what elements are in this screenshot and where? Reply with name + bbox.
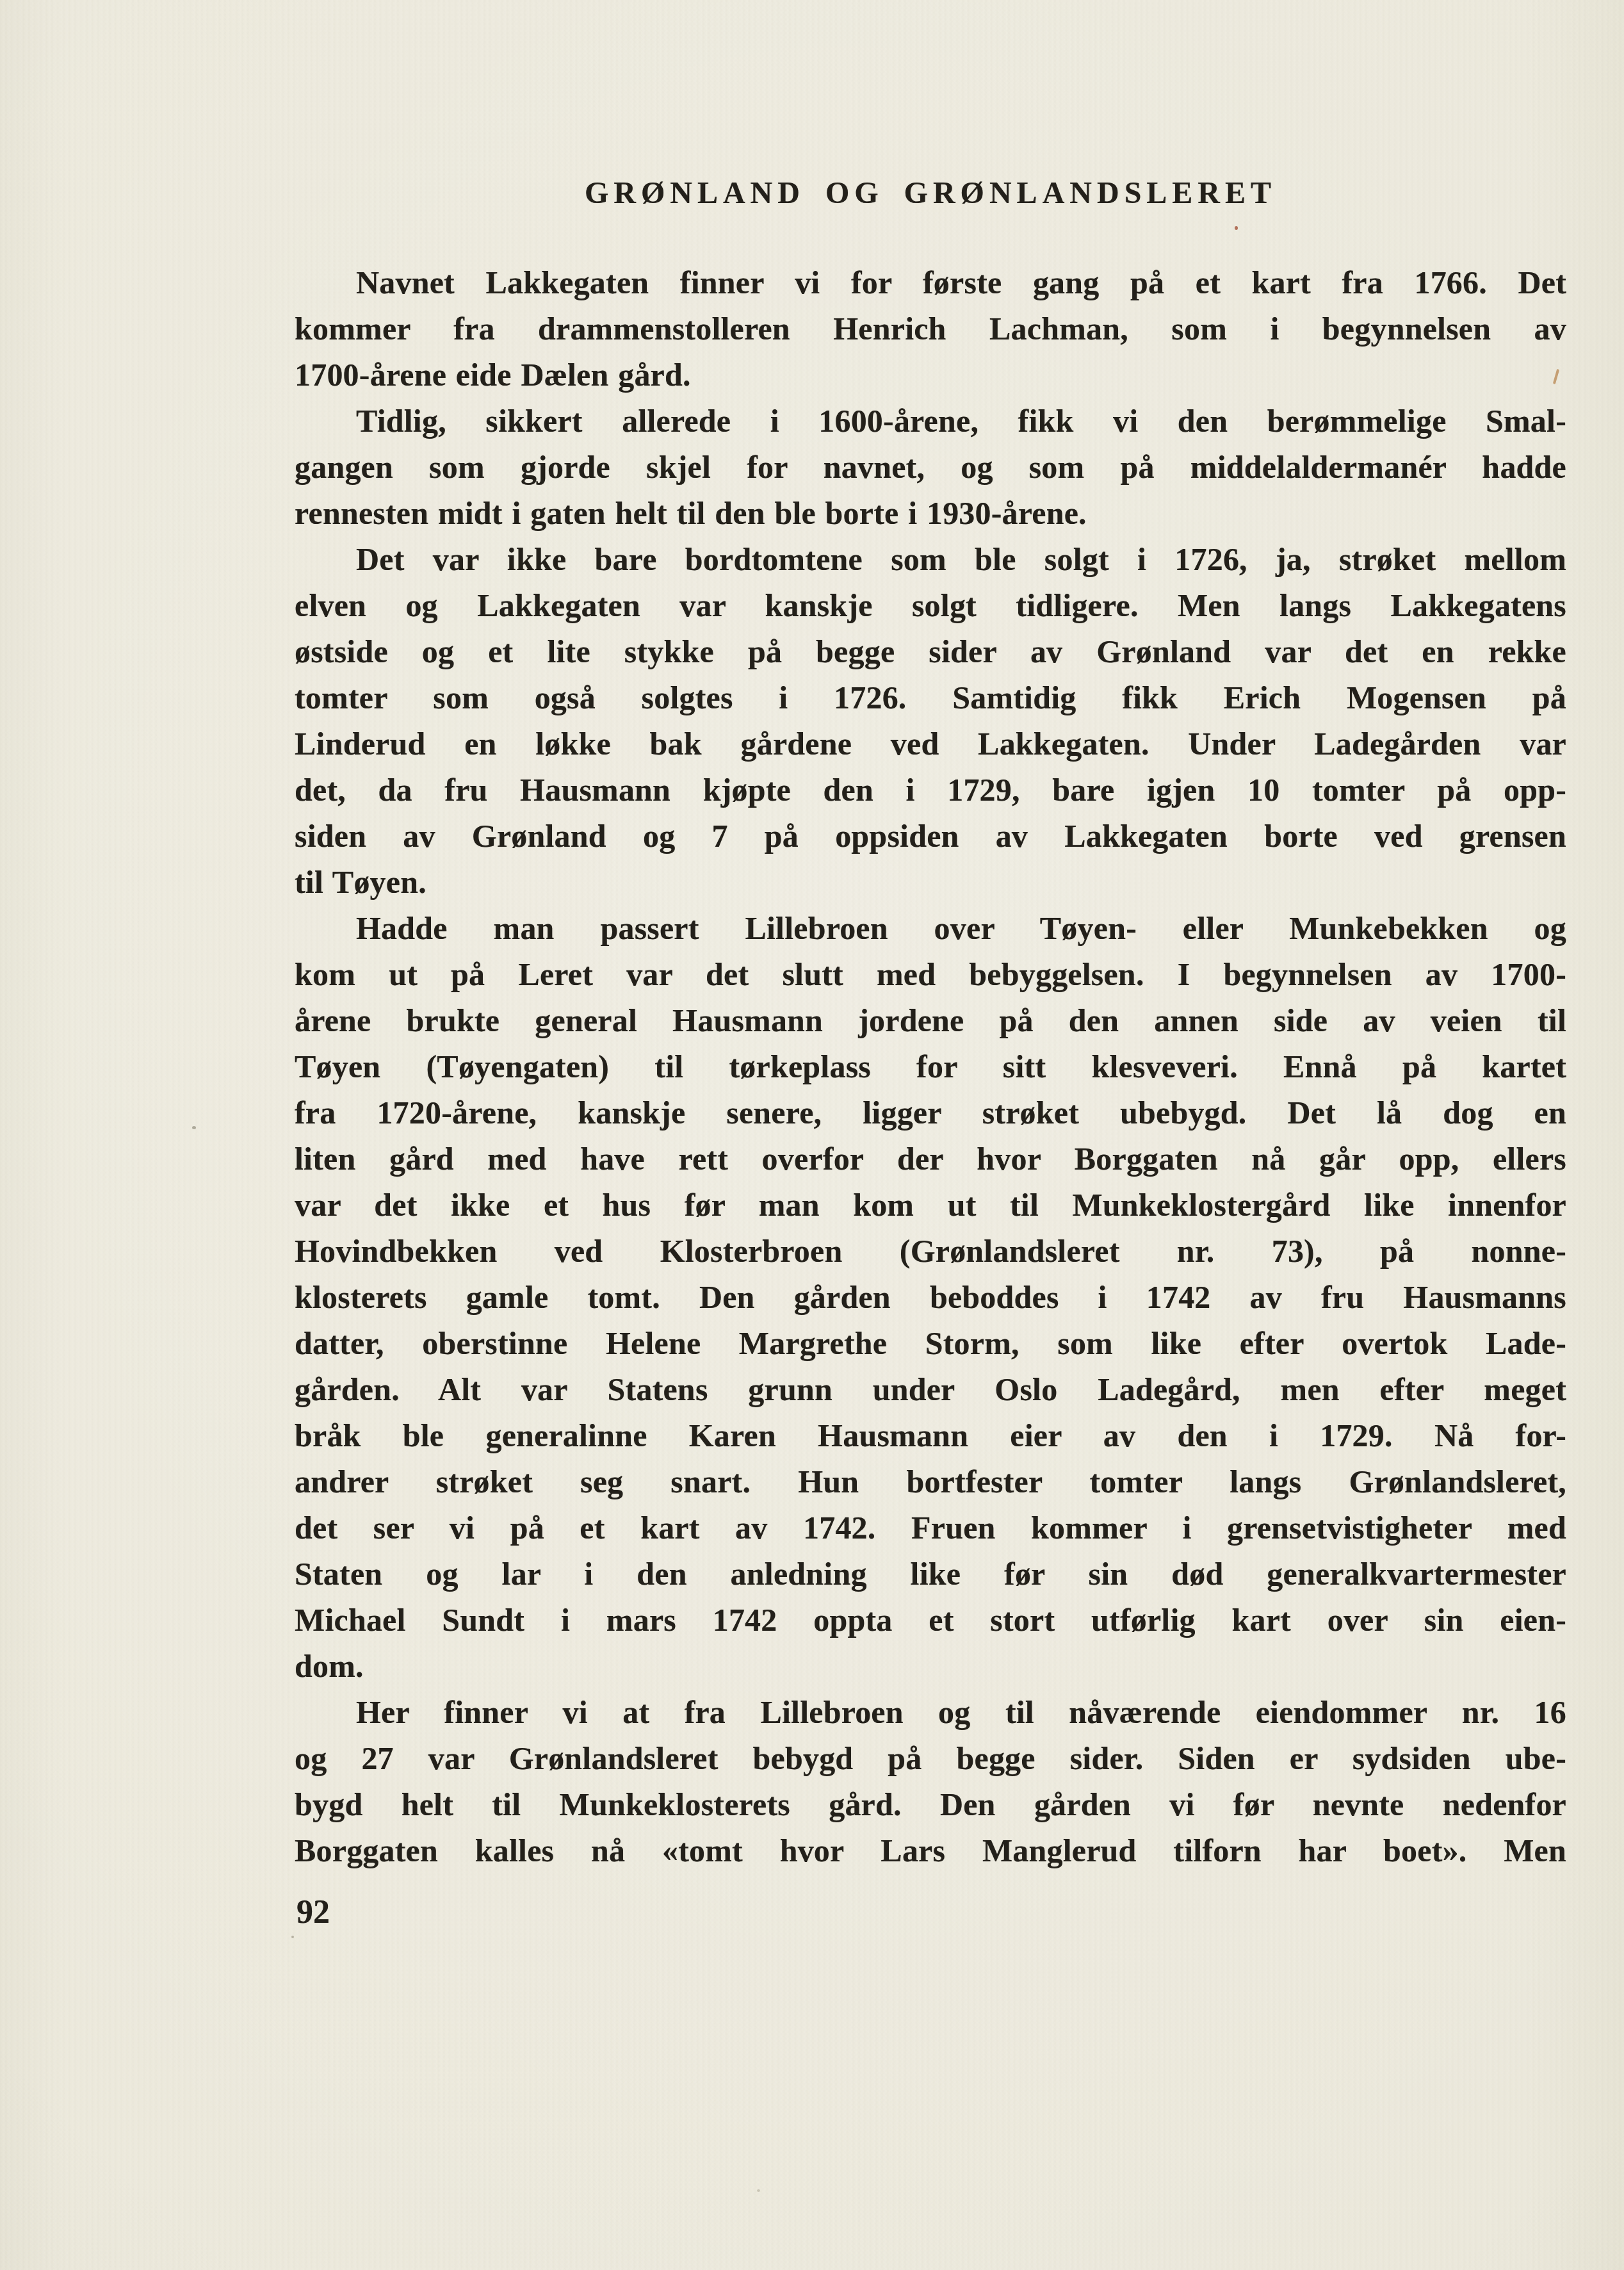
text-line: dom.	[295, 1643, 1566, 1689]
text-line: elven og Lakkegaten var kanskje solgt ti…	[295, 582, 1566, 628]
text-line: Tidlig, sikkert allerede i 1600-årene, f…	[295, 398, 1566, 444]
text-line: Hadde man passert Lillebroen over Tøyen-…	[295, 905, 1566, 951]
text-line: var det ikke et hus før man kom ut til M…	[295, 1182, 1566, 1228]
text-line: siden av Grønland og 7 på oppsiden av La…	[295, 813, 1566, 859]
running-title: GRØNLAND OG GRØNLANDSLERET	[295, 176, 1566, 211]
text-line: Linderud en løkke bak gårdene ved Lakkeg…	[295, 721, 1566, 767]
text-line: Tøyen (Tøyengaten) til tørkeplass for si…	[295, 1043, 1566, 1090]
text-line: liten gård med have rett overfor der hvo…	[295, 1136, 1566, 1182]
text-line: kommer fra drammenstolleren Henrich Lach…	[295, 306, 1566, 352]
text-line: fra 1720-årene, kanskje senere, ligger s…	[295, 1090, 1566, 1136]
text-line: til Tøyen.	[295, 859, 1566, 905]
text-line: Staten og lar i den anledning like før s…	[295, 1551, 1566, 1597]
text-line: Navnet Lakkegaten finner vi for første g…	[295, 259, 1566, 306]
body-text: Navnet Lakkegaten finner vi for første g…	[295, 259, 1566, 1874]
paper-speck	[1235, 226, 1238, 230]
text-line: rennesten midt i gaten helt til den ble …	[295, 490, 1566, 536]
text-line: tomter som også solgtes i 1726. Samtidig…	[295, 674, 1566, 721]
text-line: Michael Sundt i mars 1742 oppta et stort…	[295, 1597, 1566, 1643]
book-page-scan: GRØNLAND OG GRØNLANDSLERET Navnet Lakkeg…	[0, 0, 1624, 2270]
text-line: årene brukte general Hausmann jordene på…	[295, 997, 1566, 1043]
text-line: østside og et lite stykke på begge sider…	[295, 628, 1566, 674]
text-line: gården. Alt var Statens grunn under Oslo…	[295, 1366, 1566, 1412]
page-number: 92	[296, 1893, 330, 1932]
text-line: kom ut på Leret var det slutt med bebygg…	[295, 951, 1566, 997]
text-line: Det var ikke bare bordtomtene som ble so…	[295, 536, 1566, 582]
text-line: bygd helt til Munkeklosterets gård. Den …	[295, 1781, 1566, 1827]
text-line: det, da fru Hausmann kjøpte den i 1729, …	[295, 767, 1566, 813]
text-line: klosterets gamle tomt. Den gården bebodd…	[295, 1274, 1566, 1320]
paper-speck	[291, 1936, 294, 1938]
text-line: andrer strøket seg snart. Hun bortfester…	[295, 1458, 1566, 1505]
paper-speck	[192, 1126, 196, 1129]
text-line: det ser vi på et kart av 1742. Fruen kom…	[295, 1505, 1566, 1551]
text-line: Borggaten kalles nå «tomt hvor Lars Mang…	[295, 1827, 1566, 1874]
text-line: bråk ble generalinne Karen Hausmann eier…	[295, 1412, 1566, 1458]
paper-speck	[757, 2189, 760, 2192]
text-line: og 27 var Grønlandsleret bebygd på begge…	[295, 1735, 1566, 1781]
text-line: datter, oberstinne Helene Margrethe Stor…	[295, 1320, 1566, 1366]
text-line: gangen som gjorde skjel for navnet, og s…	[295, 444, 1566, 490]
text-line: Her finner vi at fra Lillebroen og til n…	[295, 1689, 1566, 1735]
text-line: Hovindbekken ved Klosterbroen (Grønlands…	[295, 1228, 1566, 1274]
text-line: 1700-årene eide Dælen gård.	[295, 352, 1566, 398]
